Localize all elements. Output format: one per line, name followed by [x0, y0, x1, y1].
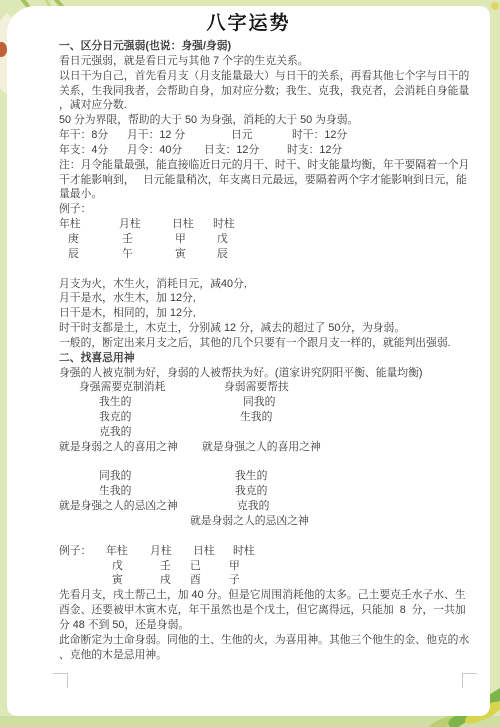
- doc-cell: 我生的: [99, 395, 131, 410]
- doc-cell: 日柱: [172, 217, 194, 232]
- doc-line: [59, 455, 464, 470]
- yellow-dot-decoration: [491, 2, 499, 10]
- doc-cell: 戊: [112, 559, 123, 574]
- doc-line: 我生的同我的: [59, 395, 464, 410]
- doc-line: 就是身弱之人的忌凶之神: [59, 514, 464, 529]
- doc-line: 寅戌酉子: [59, 573, 464, 588]
- doc-line: 酉金、还要被甲木寅木克，年干虽然也是个戊土，但它离得远，只能加 8 分，一共加: [59, 603, 464, 618]
- doc-line: 先看月支，戌土帮己土，加 40 分。但是它周围消耗他的太多。己土要克壬水子水、生: [59, 588, 464, 603]
- doc-cell: 时柱: [213, 217, 235, 232]
- doc-line: 辰午寅辰: [59, 247, 464, 262]
- doc-line: [59, 529, 464, 544]
- doc-cell: 同我的: [243, 395, 275, 410]
- doc-line: 身强需要克制消耗身弱需要帮扶: [59, 380, 464, 395]
- doc-cell: 月令：40分: [127, 143, 182, 158]
- doc-line: 日干是木，相同的，加 12分,: [59, 306, 464, 321]
- doc-line: 年支：4分月令：40分日支：12分时支：12分: [59, 143, 464, 158]
- doc-cell: 年柱: [59, 217, 81, 232]
- doc-cell: 就是身弱之人的忌凶之神: [190, 514, 309, 529]
- document-body: 一、区分日元强弱(也说：身强/身弱)看日元强弱，就是看日元与其他 7 个字的生克…: [59, 39, 464, 662]
- document-card: 八字运势 一、区分日元强弱(也说：身强/身弱)看日元强弱，就是看日元与其他 7 …: [7, 6, 490, 716]
- doc-cell: 甲: [229, 559, 240, 574]
- doc-cell: 壬: [160, 559, 171, 574]
- doc-cell: 就是身强之人的喜用之神: [202, 440, 321, 455]
- doc-cell: 月柱: [119, 217, 141, 232]
- doc-cell: 寅: [175, 247, 186, 262]
- doc-line: 克我的: [59, 425, 464, 440]
- doc-line: 身强的人被克制为好，身弱的人被帮扶为好。(道家讲究阴阳平衡、能量均衡): [59, 366, 464, 381]
- doc-cell: 年干：8分: [59, 128, 108, 143]
- doc-cell: 就是身强之人的忌凶之神: [59, 499, 178, 514]
- doc-cell: 年柱: [106, 544, 128, 559]
- doc-line: 就是身强之人的忌凶之神克我的: [59, 499, 464, 514]
- doc-line: 生我的我克的: [59, 484, 464, 499]
- doc-cell: 例子：: [59, 544, 91, 559]
- doc-cell: 我克的: [99, 410, 131, 425]
- doc-cell: 克我的: [99, 425, 131, 440]
- doc-line: 此命断定为土命身弱。同他的土、生他的火，为喜用神。其他三个他生的金、他克的水: [59, 633, 464, 648]
- doc-line: 注：月令能量最强，能直接临近日元的月干、时干、时支能量均衡，年干要隔着一个月: [59, 158, 464, 173]
- doc-line: 50 分为界限，帮助的大于 50 为身强，消耗的大于 50 为身弱。: [59, 113, 464, 128]
- doc-cell: 午: [122, 247, 133, 262]
- doc-cell: 月柱: [150, 544, 172, 559]
- doc-cell: 月干：12 分: [127, 128, 185, 143]
- doc-cell: 生我的: [99, 484, 131, 499]
- doc-cell: 我克的: [235, 484, 267, 499]
- doc-line: 月干是水，水生木，加 12分,: [59, 291, 464, 306]
- doc-line: 时干时支都是土，木克土，分别减 12 分，减去的超过了 50分，为身弱。: [59, 321, 464, 336]
- doc-line: 干才能影响到， 日元能量稍次，年支离日元最远，要隔着两个字才能影响到日元，能: [59, 173, 464, 188]
- doc-line: 年干：8分月干：12 分日元时干：12分: [59, 128, 464, 143]
- doc-line: 庚壬甲戊: [59, 232, 464, 247]
- page-background: { "page": { "title": "八字运势", "colors": {…: [0, 0, 500, 727]
- doc-line: ，减对应分数.: [59, 98, 464, 113]
- text-boundary-mark-right: [462, 673, 477, 688]
- doc-line: 看日元强弱，就是看日元与其他 7 个字的生克关系。: [59, 54, 464, 69]
- doc-cell: 戌: [160, 573, 171, 588]
- doc-cell: 寅: [112, 573, 123, 588]
- doc-line: 分 48 不到 50，还是身弱。: [59, 618, 464, 633]
- doc-line: 例子：年柱月柱日柱时柱: [59, 544, 464, 559]
- doc-cell: 生我的: [240, 410, 272, 425]
- page-title: 八字运势: [7, 6, 490, 34]
- doc-cell: 就是身弱之人的喜用之神: [59, 440, 178, 455]
- doc-cell: 我生的: [235, 469, 267, 484]
- doc-line: 例子：: [59, 202, 464, 217]
- doc-line: 一、区分日元强弱(也说：身强/身弱): [59, 39, 464, 54]
- doc-cell: 戊: [217, 232, 228, 247]
- doc-line: 量最小。: [59, 187, 464, 202]
- doc-cell: 日支：12分: [204, 143, 259, 158]
- doc-cell: 身强需要克制消耗: [79, 380, 165, 395]
- doc-line: 一般的，断定出来月支之后，其他的几个只要有一个跟月支一样的，就能判出强弱.: [59, 336, 464, 351]
- doc-line: 、克他的木是忌用神。: [59, 648, 464, 663]
- doc-line: 以日干为自己，首先看月支（月支能量最大）与日干的关系，再看其他七个字与日干的: [59, 69, 464, 84]
- doc-cell: 酉: [190, 573, 201, 588]
- doc-cell: 已: [190, 559, 201, 574]
- doc-line: 同我的我生的: [59, 469, 464, 484]
- doc-cell: 时柱: [233, 544, 255, 559]
- doc-cell: 克我的: [237, 499, 269, 514]
- bottom-background-strip: [0, 716, 500, 727]
- doc-line: 就是身弱之人的喜用之神就是身强之人的喜用之神: [59, 440, 464, 455]
- doc-cell: 甲: [175, 232, 186, 247]
- text-boundary-mark-left: [53, 673, 68, 688]
- doc-cell: 子: [229, 573, 240, 588]
- doc-line: 年柱月柱日柱时柱: [59, 217, 464, 232]
- doc-cell: 辰: [217, 247, 228, 262]
- doc-line: 二、找喜忌用神: [59, 351, 464, 366]
- doc-line: 戊壬已甲: [59, 559, 464, 574]
- doc-line: 月支为火，木生火，消耗日元，减40分,: [59, 277, 464, 292]
- doc-cell: 壬: [122, 232, 133, 247]
- doc-line: 我克的生我的: [59, 410, 464, 425]
- doc-cell: 庚: [68, 232, 79, 247]
- doc-cell: 日柱: [193, 544, 215, 559]
- doc-cell: 日元: [231, 128, 253, 143]
- doc-cell: 年支：4分: [59, 143, 108, 158]
- doc-cell: 时支：12分: [287, 143, 342, 158]
- doc-line: 关系，生我同我者，会帮助自身，加对应分数；我生、克我，我克者，会消耗自身能量: [59, 84, 464, 99]
- doc-cell: 身弱需要帮扶: [224, 380, 289, 395]
- doc-cell: 时干：12分: [292, 128, 347, 143]
- doc-cell: 同我的: [99, 469, 131, 484]
- doc-cell: 辰: [68, 247, 79, 262]
- doc-line: [59, 262, 464, 277]
